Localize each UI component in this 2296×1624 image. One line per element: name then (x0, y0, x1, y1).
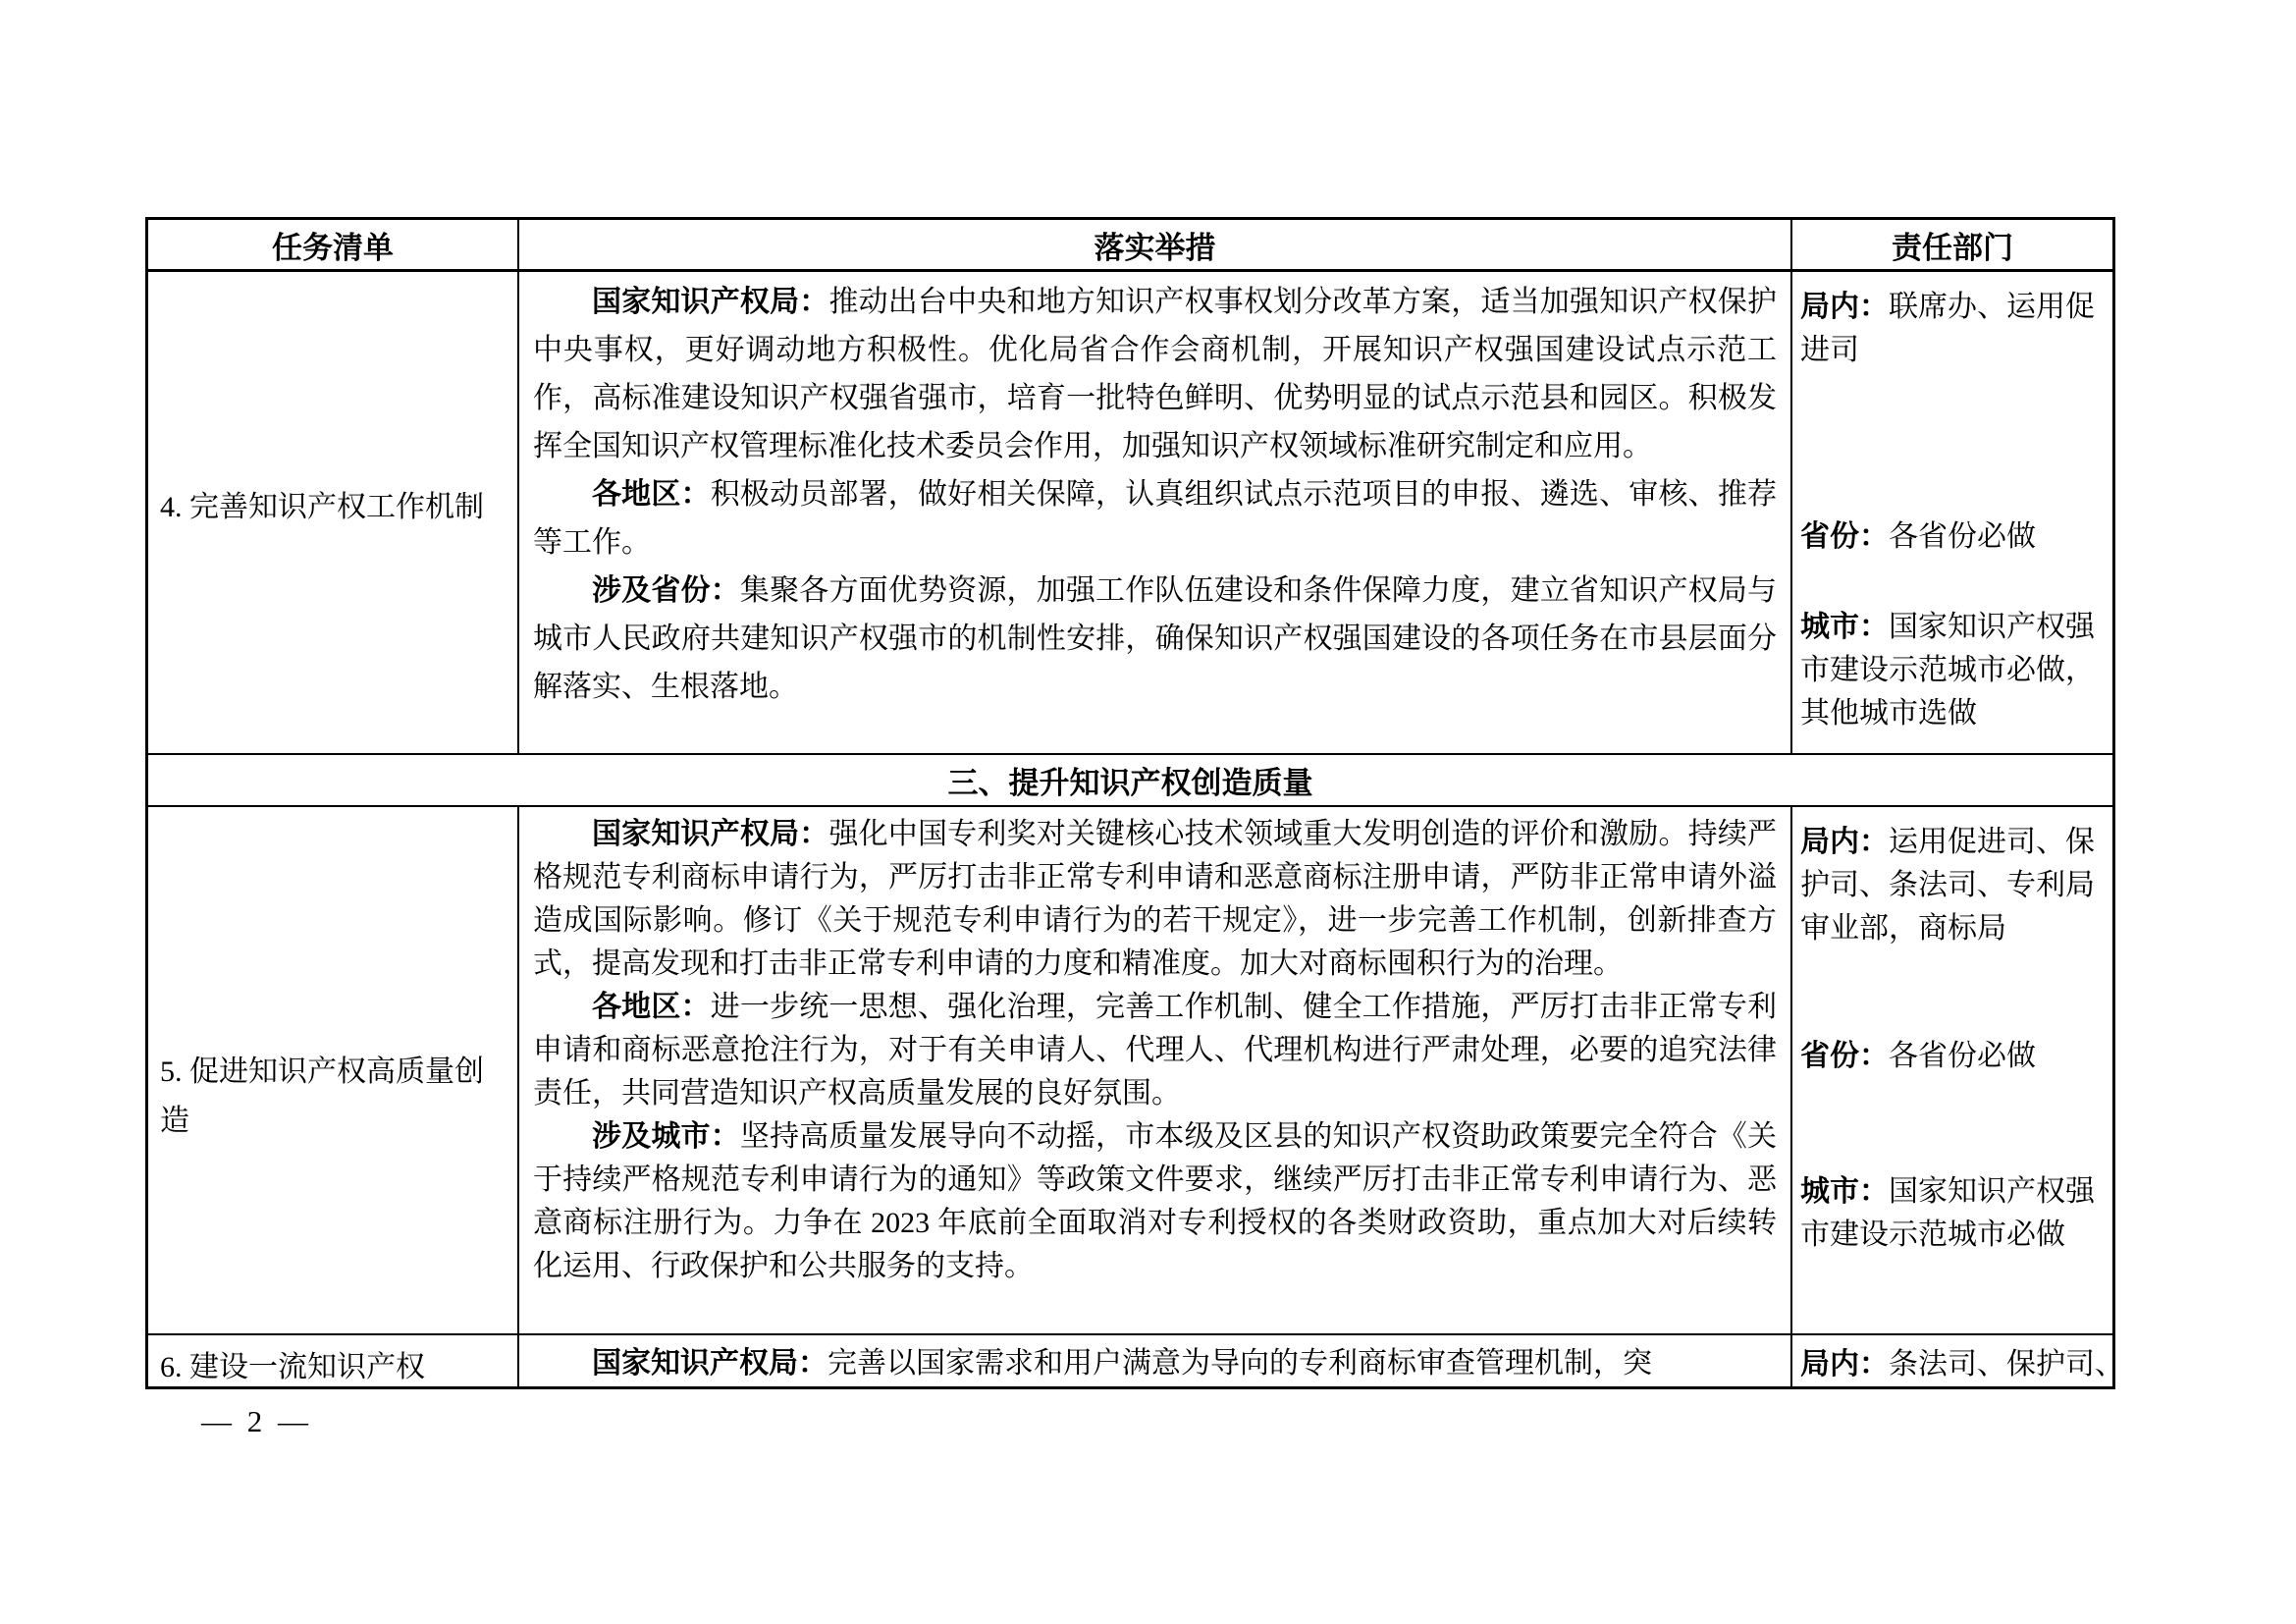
measure-text: 积极动员部署，做好相关保障，认真组织试点示范项目的申报、遴选、审核、推荐等工作。 (533, 478, 1777, 559)
measure-paragraph: 各地区：进一步统一思想、强化治理，完善工作机制、健全工作措施，严厉打击非正常专利… (533, 986, 1777, 1115)
measure-paragraph: 国家知识产权局：强化中国专利奖对关键核心技术领域重大发明创造的评价和激励。持续严… (533, 813, 1777, 986)
measure-lead: 国家知识产权局： (592, 1347, 828, 1380)
col-header-measures: 落实举措 (519, 220, 1792, 269)
col-header-task-list: 任务清单 (148, 220, 519, 269)
dept-entry: 局内：条法司、保护司、 (1800, 1343, 2109, 1386)
dept-entry: 省份：各省份必做 (1800, 515, 2109, 559)
dept-lead: 城市： (1800, 1175, 1889, 1208)
document-page: 任务清单 落实举措 责任部门 4. 完善知识产权工作机制 国家知识产权局：推动出… (0, 0, 2296, 1624)
task-label: 5. 促进知识产权高质量创造 (148, 807, 517, 1146)
dept-text: 条法司、保护司、 (1889, 1348, 2112, 1380)
task-label: 4. 完善知识产权工作机制 (148, 272, 517, 532)
departments-cell: 局内：运用促进司、保护司、条法司、专利局审业部，商标局 省份：各省份必做 城市：… (1792, 807, 2112, 1333)
task-table: 任务清单 落实举措 责任部门 4. 完善知识产权工作机制 国家知识产权局：推动出… (145, 217, 2115, 1389)
measure-paragraph: 国家知识产权局：完善以国家需求和用户满意为导向的专利商标审查管理机制，突 (533, 1341, 1777, 1386)
measure-lead: 国家知识产权局： (592, 286, 828, 318)
dept-entry: 局内：联席办、运用促进司 (1800, 286, 2109, 372)
dept-lead: 城市： (1800, 611, 1889, 643)
table-row-task-6: 6. 建设一流知识产权 国家知识产权局：完善以国家需求和用户满意为导向的专利商标… (148, 1335, 2112, 1386)
dept-lead: 省份： (1800, 1040, 1889, 1072)
task-cell: 5. 促进知识产权高质量创造 (148, 807, 519, 1333)
measure-paragraph: 涉及城市：坚持高质量发展导向不动摇，市本级及区县的知识产权资助政策要完全符合《关… (533, 1115, 1777, 1288)
table-row-task-5: 5. 促进知识产权高质量创造 国家知识产权局：强化中国专利奖对关键核心技术领域重… (148, 807, 2112, 1335)
measure-text: 进一步统一思想、强化治理，完善工作机制、健全工作措施，严厉打击非正常专利申请和商… (533, 991, 1777, 1110)
section-header-row: 三、提升知识产权创造质量 (148, 755, 2112, 807)
measure-lead: 各地区： (592, 478, 711, 511)
section-title: 三、提升知识产权创造质量 (948, 758, 1313, 802)
task-label: 6. 建设一流知识产权 (148, 1335, 517, 1386)
measure-text: 完善以国家需求和用户满意为导向的专利商标审查管理机制，突 (828, 1347, 1652, 1380)
task-cell: 4. 完善知识产权工作机制 (148, 272, 519, 753)
dept-entry: 城市：国家知识产权强市建设示范城市必做 (1800, 1170, 2109, 1257)
measures-cell: 国家知识产权局：推动出台中央和地方知识产权事权划分改革方案，适当加强知识产权保护… (519, 272, 1792, 753)
dept-lead: 局内： (1800, 826, 1889, 858)
measure-lead: 国家知识产权局： (592, 818, 828, 850)
measure-lead: 涉及省份： (592, 574, 740, 607)
dept-lead: 局内： (1800, 1348, 1889, 1380)
measure-paragraph: 各地区：积极动员部署，做好相关保障，认真组织试点示范项目的申报、遴选、审核、推荐… (533, 470, 1777, 567)
dept-text: 各省份必做 (1889, 520, 2036, 553)
departments-cell: 局内：联席办、运用促进司 省份：各省份必做 城市：国家知识产权强市建设示范城市必… (1792, 272, 2112, 753)
table-row-task-4: 4. 完善知识产权工作机制 国家知识产权局：推动出台中央和地方知识产权事权划分改… (148, 272, 2112, 755)
measures-cell: 国家知识产权局：强化中国专利奖对关键核心技术领域重大发明创造的评价和激励。持续严… (519, 807, 1792, 1333)
header-row: 任务清单 落实举措 责任部门 (148, 220, 2112, 272)
departments-cell: 局内：条法司、保护司、 (1792, 1335, 2112, 1386)
dept-entry: 省份：各省份必做 (1800, 1035, 2109, 1078)
task-cell: 6. 建设一流知识产权 (148, 1335, 519, 1386)
dept-text: 各省份必做 (1889, 1040, 2036, 1072)
page-number: — 2 — (201, 1404, 312, 1439)
measure-paragraph: 涉及省份：集聚各方面优势资源，加强工作队伍建设和条件保障力度，建立省知识产权局与… (533, 567, 1777, 711)
dept-entry: 城市：国家知识产权强市建设示范城市必做，其他城市选做 (1800, 606, 2109, 735)
dept-entry: 局内：运用促进司、保护司、条法司、专利局审业部，商标局 (1800, 821, 2109, 950)
col-header-departments: 责任部门 (1792, 220, 2112, 269)
measure-paragraph: 国家知识产权局：推动出台中央和地方知识产权事权划分改革方案，适当加强知识产权保护… (533, 278, 1777, 470)
measure-lead: 各地区： (592, 991, 711, 1023)
dept-lead: 局内： (1800, 291, 1889, 323)
measure-lead: 涉及城市： (592, 1120, 740, 1153)
dept-lead: 省份： (1800, 520, 1889, 553)
measures-cell: 国家知识产权局：完善以国家需求和用户满意为导向的专利商标审查管理机制，突 (519, 1335, 1792, 1386)
